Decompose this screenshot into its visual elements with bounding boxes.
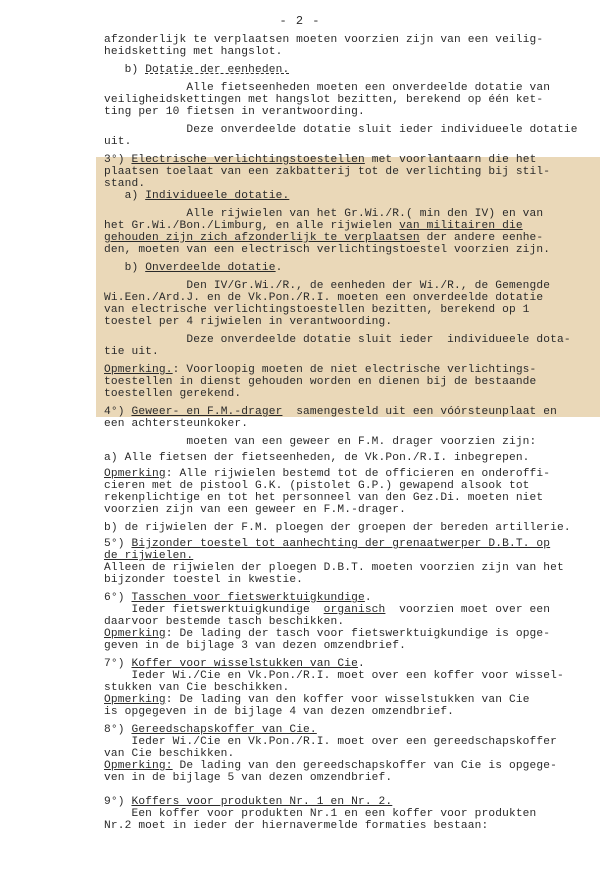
text-line: veiligheidskettingen met hangslot bezitt… bbox=[104, 94, 598, 106]
underlined-heading: Onverdeelde dotatie bbox=[145, 262, 275, 274]
line-text: 4°) bbox=[104, 406, 131, 418]
line-text: b) bbox=[104, 262, 145, 274]
underlined-heading: gehouden zijn zich afzonderlijk te verpl… bbox=[104, 232, 420, 244]
text-line: uit. bbox=[104, 136, 598, 148]
line-text: moeten van een geweer en F.M. drager voo… bbox=[104, 436, 536, 448]
line-text-after: De lading van den gereedschapskoffer van… bbox=[173, 760, 557, 772]
text-line: Opmerking: De lading van den koffer voor… bbox=[104, 694, 598, 706]
line-text-after: met voorlantaarn die het bbox=[365, 154, 537, 166]
line-text: Alle rijwielen van het Gr.Wi./R.( min de… bbox=[104, 208, 543, 220]
underlined-heading: Bijzonder toestel tot aanhechting der gr… bbox=[131, 538, 550, 550]
text-line: rekenplichtige en tot het personneel van… bbox=[104, 492, 598, 504]
line-text-after: . bbox=[358, 658, 365, 670]
text-line: Ieder Wi./Cie en Vk.Pon./R.I. moet over … bbox=[104, 736, 598, 748]
line-text: toestel per 4 rijwielen in verantwoordin… bbox=[104, 316, 392, 328]
line-text: geven in de bijlage 3 van dezen omzendbr… bbox=[104, 640, 406, 652]
text-line: Opmerking.: Voorloopig moeten de niet el… bbox=[104, 364, 598, 376]
text-line: geven in de bijlage 3 van dezen omzendbr… bbox=[104, 640, 598, 652]
underlined-heading: Opmerking bbox=[104, 628, 166, 640]
line-text: 7°) bbox=[104, 658, 131, 670]
text-line: b) de rijwielen der F.M. ploegen der gro… bbox=[104, 522, 598, 534]
line-text: van electrische verlichtingstoestellen b… bbox=[104, 304, 530, 316]
underlined-heading: organisch bbox=[324, 604, 386, 616]
line-text: Alleen de rijwielen der ploegen D.B.T. m… bbox=[104, 562, 564, 574]
text-line: Alleen de rijwielen der ploegen D.B.T. m… bbox=[104, 562, 598, 574]
text-line: toestellen in dienst gehouden worden en … bbox=[104, 376, 598, 388]
line-text: 8°) bbox=[104, 724, 131, 736]
line-text: toestellen gerekend. bbox=[104, 388, 241, 400]
text-line: Alle rijwielen van het Gr.Wi./R.( min de… bbox=[104, 208, 598, 220]
line-text-after: : Alle rijwielen bestemd tot de officier… bbox=[166, 468, 550, 480]
line-text: Den IV/Gr.Wi./R., de eenheden der Wi./R.… bbox=[104, 280, 550, 292]
line-text: den, moeten van een electrisch verlichti… bbox=[104, 244, 550, 256]
line-text: Alle fietseenheden moeten een onverdeeld… bbox=[104, 82, 550, 94]
line-text: het Gr.Wi./Bon./Limburg, en alle rijwiel… bbox=[104, 220, 399, 232]
text-line: van Cie beschikken. bbox=[104, 748, 598, 760]
text-line: de rijwielen. bbox=[104, 550, 598, 562]
line-text: cieren met de pistool G.K. (pistolet G.P… bbox=[104, 480, 530, 492]
line-text-after: der andere eenhe- bbox=[420, 232, 544, 244]
text-line: Nr.2 moet in ieder der hiernavermelde fo… bbox=[104, 820, 598, 832]
text-line: een achtersteunkoker. bbox=[104, 418, 598, 430]
line-text: Deze onverdeelde dotatie sluit ieder ind… bbox=[104, 124, 578, 136]
text-line: a) Alle fietsen der fietseenheden, de Vk… bbox=[104, 452, 598, 464]
line-text: stukken van Cie beschikken. bbox=[104, 682, 289, 694]
text-line: 3°) Electrische verlichtingstoestellen m… bbox=[104, 154, 598, 166]
line-text: ven in de bijlage 5 van dezen omzendbrie… bbox=[104, 772, 392, 784]
text-line: toestellen gerekend. bbox=[104, 388, 598, 400]
text-line: 6°) Tasschen voor fietswerktuigkundige. bbox=[104, 592, 598, 604]
line-text: b) de rijwielen der F.M. ploegen der gro… bbox=[104, 522, 571, 534]
text-line: toestel per 4 rijwielen in verantwoordin… bbox=[104, 316, 598, 328]
underlined-heading: Opmerking. bbox=[104, 364, 173, 376]
line-text: een achtersteunkoker. bbox=[104, 418, 248, 430]
text-line: Deze onverdeelde dotatie sluit ieder ind… bbox=[104, 124, 598, 136]
line-text: afzonderlijk te verplaatsen moeten voorz… bbox=[104, 34, 543, 46]
text-line: cieren met de pistool G.K. (pistolet G.P… bbox=[104, 480, 598, 492]
text-line: daarvoor bestemde tasch beschikken. bbox=[104, 616, 598, 628]
text-line: Ieder fietswerktuigkundige organisch voo… bbox=[104, 604, 598, 616]
text-line: 7°) Koffer voor wisselstukken van Cie. bbox=[104, 658, 598, 670]
line-text-after: voorzien moet over een bbox=[385, 604, 550, 616]
underlined-heading: Opmerking bbox=[104, 468, 166, 480]
text-line: Deze onverdeelde dotatie sluit ieder ind… bbox=[104, 334, 598, 346]
text-line: van electrische verlichtingstoestellen b… bbox=[104, 304, 598, 316]
line-text: 5°) bbox=[104, 538, 131, 550]
text-line: Ieder Wi./Cie en Vk.Pon./R.I. moet over … bbox=[104, 670, 598, 682]
text-line: b) Dotatie der eenheden. bbox=[104, 64, 598, 76]
line-text: daarvoor bestemde tasch beschikken. bbox=[104, 616, 344, 628]
line-text: a) Alle fietsen der fietseenheden, de Vk… bbox=[104, 452, 530, 464]
line-text: toestellen in dienst gehouden worden en … bbox=[104, 376, 536, 388]
text-line: Wi.Een./Ard.J. en de Vk.Pon./R.I. moeten… bbox=[104, 292, 598, 304]
underlined-heading: Electrische verlichtingstoestellen bbox=[131, 154, 364, 166]
text-line: Opmerking: De lading van den gereedschap… bbox=[104, 760, 598, 772]
line-text: Ieder Wi./Cie en Vk.Pon./R.I. moet over … bbox=[104, 736, 557, 748]
line-text: rekenplichtige en tot het personneel van… bbox=[104, 492, 543, 504]
text-line: 4°) Geweer- en F.M.-drager samengesteld … bbox=[104, 406, 598, 418]
underlined-heading: van militairen die bbox=[399, 220, 523, 232]
underlined-heading: Geweer- en F.M.-drager bbox=[131, 406, 282, 418]
line-text: voorzien zijn van een geweer en F.M.-dra… bbox=[104, 504, 406, 516]
line-text: Een koffer voor produkten Nr.1 en een ko… bbox=[104, 808, 536, 820]
line-text: veiligheidskettingen met hangslot bezitt… bbox=[104, 94, 543, 106]
line-text: bijzonder toestel in kwestie. bbox=[104, 574, 303, 586]
text-line: stukken van Cie beschikken. bbox=[104, 682, 598, 694]
text-line: is opgegeven in de bijlage 4 van dezen o… bbox=[104, 706, 598, 718]
line-text: Ieder Wi./Cie en Vk.Pon./R.I. moet over … bbox=[104, 670, 564, 682]
line-text-after: : Voorloopig moeten de niet electrische … bbox=[173, 364, 537, 376]
text-line: Den IV/Gr.Wi./R., de eenheden der Wi./R.… bbox=[104, 280, 598, 292]
text-line: voorzien zijn van een geweer en F.M.-dra… bbox=[104, 504, 598, 516]
line-text: 6°) bbox=[104, 592, 131, 604]
text-line: heidsketting met hangslot. bbox=[104, 46, 598, 58]
text-line: den, moeten van een electrisch verlichti… bbox=[104, 244, 598, 256]
underlined-heading: Dotatie der eenheden. bbox=[145, 64, 289, 76]
line-text: Nr.2 moet in ieder der hiernavermelde fo… bbox=[104, 820, 488, 832]
line-text: stand. bbox=[104, 178, 145, 190]
text-line: gehouden zijn zich afzonderlijk te verpl… bbox=[104, 232, 598, 244]
text-line: Opmerking: Alle rijwielen bestemd tot de… bbox=[104, 468, 598, 480]
line-text: tie uit. bbox=[104, 346, 159, 358]
line-text: a) bbox=[104, 190, 145, 202]
line-text: is opgegeven in de bijlage 4 van dezen o… bbox=[104, 706, 454, 718]
text-line: Alle fietseenheden moeten een onverdeeld… bbox=[104, 82, 598, 94]
underlined-heading: Opmerking bbox=[104, 694, 166, 706]
text-line: ting per 10 fietsen in verantwoording. bbox=[104, 106, 598, 118]
line-text-after: : De lading van den koffer voor wisselst… bbox=[166, 694, 530, 706]
line-text: van Cie beschikken. bbox=[104, 748, 234, 760]
underlined-heading: Individueele dotatie. bbox=[145, 190, 289, 202]
line-text-after: samengesteld uit een vóórsteunplaat en bbox=[282, 406, 557, 418]
text-line: stand. bbox=[104, 178, 598, 190]
text-line: tie uit. bbox=[104, 346, 598, 358]
line-text: 9°) bbox=[104, 796, 131, 808]
line-text: 3°) bbox=[104, 154, 131, 166]
underlined-heading: Koffers voor produkten Nr. 1 en Nr. 2. bbox=[131, 796, 392, 808]
text-line: 5°) Bijzonder toestel tot aanhechting de… bbox=[104, 538, 598, 550]
line-text: ting per 10 fietsen in verantwoording. bbox=[104, 106, 365, 118]
text-line: b) Onverdeelde dotatie. bbox=[104, 262, 598, 274]
text-line: 9°) Koffers voor produkten Nr. 1 en Nr. … bbox=[104, 796, 598, 808]
line-text-after: . bbox=[365, 592, 372, 604]
line-text: heidsketting met hangslot. bbox=[104, 46, 282, 58]
text-line: Een koffer voor produkten Nr.1 en een ko… bbox=[104, 808, 598, 820]
underlined-heading: Tasschen voor fietswerktuigkundige bbox=[131, 592, 364, 604]
line-text-after: : De lading der tasch voor fietswerktuig… bbox=[166, 628, 550, 640]
text-line: afzonderlijk te verplaatsen moeten voorz… bbox=[104, 34, 598, 46]
line-text: Wi.Een./Ard.J. en de Vk.Pon./R.I. moeten… bbox=[104, 292, 543, 304]
text-line: a) Individueele dotatie. bbox=[104, 190, 598, 202]
text-line: ven in de bijlage 5 van dezen omzendbrie… bbox=[104, 772, 598, 784]
line-text: plaatsen toelaat van een zakbatterij tot… bbox=[104, 166, 550, 178]
text-line: het Gr.Wi./Bon./Limburg, en alle rijwiel… bbox=[104, 220, 598, 232]
text-line: moeten van een geweer en F.M. drager voo… bbox=[104, 436, 598, 448]
underlined-heading: de rijwielen. bbox=[104, 550, 193, 562]
line-text: b) bbox=[104, 64, 145, 76]
line-text: uit. bbox=[104, 136, 131, 148]
line-text: Ieder fietswerktuigkundige bbox=[104, 604, 324, 616]
text-line: Opmerking: De lading der tasch voor fiet… bbox=[104, 628, 598, 640]
line-text: Deze onverdeelde dotatie sluit ieder ind… bbox=[104, 334, 571, 346]
page-number: - 2 - bbox=[0, 14, 600, 28]
underlined-heading: Opmerking: bbox=[104, 760, 173, 772]
text-line: 8°) Gereedschapskoffer van Cie. bbox=[104, 724, 598, 736]
document-body: afzonderlijk te verplaatsen moeten voorz… bbox=[104, 34, 598, 832]
underlined-heading: Koffer voor wisselstukken van Cie bbox=[131, 658, 358, 670]
line-text-after: . bbox=[276, 262, 283, 274]
text-line: bijzonder toestel in kwestie. bbox=[104, 574, 598, 586]
underlined-heading: Gereedschapskoffer van Cie. bbox=[131, 724, 316, 736]
text-line: plaatsen toelaat van een zakbatterij tot… bbox=[104, 166, 598, 178]
